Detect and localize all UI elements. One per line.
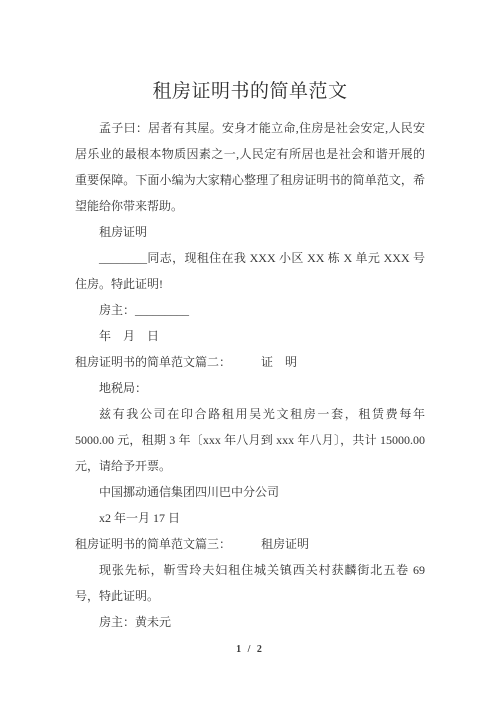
section2-heading: 租房证明书的简单范文篇二： 证 明 [75, 349, 425, 375]
section3-landlord-line: 房主：黄未元 [75, 609, 425, 635]
section1-heading: 租房证明 [75, 219, 425, 245]
section1-landlord-line: 房主：_________ [75, 297, 425, 323]
document-page: 租房证明书的简单范文 孟子曰：居者有其屋。安身才能立命,住房是社会安定,人民安居… [0, 0, 500, 708]
section1-date-line: 年 月 日 [75, 323, 425, 349]
section1-body-paragraph: ________同志，现租住在我 XXX 小区 XX 栋 X 单元 XXX 号住… [75, 245, 425, 297]
document-body: 孟子曰：居者有其屋。安身才能立命,住房是社会安定,人民安居乐业的最根本物质因素之… [75, 115, 425, 635]
section2-body-paragraph: 兹有我公司在印合路租用吴光文租房一套，租赁费每年 5000.00 元，租期 3 … [75, 401, 425, 479]
page-number: 1 / 2 [0, 637, 500, 663]
page-title: 租房证明书的简单范文 [0, 0, 500, 105]
intro-paragraph: 孟子曰：居者有其屋。安身才能立命,住房是社会安定,人民安居乐业的最根本物质因素之… [75, 115, 425, 219]
section2-salutation: 地税局： [75, 375, 425, 401]
section2-date-line: x2 年一月 17 日 [75, 505, 425, 531]
section3-heading: 租房证明书的简单范文篇三： 租房证明 [75, 531, 425, 557]
section2-company-line: 中国挪动通信集团四川巴中分公司 [75, 479, 425, 505]
section3-body-paragraph: 现张先标，靳雪玲夫妇租住城关镇西关村获麟街北五卷 69 号，特此证明。 [75, 557, 425, 609]
